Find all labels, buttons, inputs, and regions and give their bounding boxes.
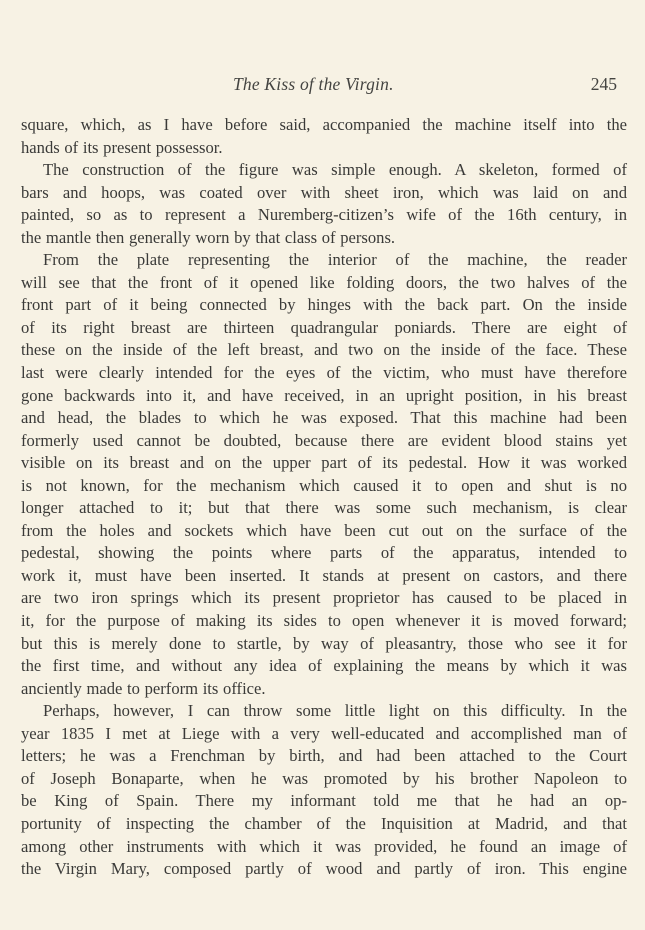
- text-line: pedestal, showing the points where parts…: [21, 542, 627, 565]
- text-line: from the holes and sockets which have be…: [21, 520, 627, 543]
- text-line: last were clearly intended for the eyes …: [21, 362, 627, 385]
- text-line: formerly used cannot be doubted, because…: [21, 430, 627, 453]
- text-line: year 1835 I met at Liege with a very wel…: [21, 723, 627, 746]
- running-head: The Kiss of the Virgin. 245: [20, 74, 627, 98]
- text-line: of its right breast are thirteen quadran…: [21, 317, 627, 340]
- text-line: bars and hoops, was coated over with she…: [21, 182, 627, 205]
- text-line: the Virgin Mary, composed partly of wood…: [21, 858, 627, 881]
- text-line: longer attached to it; but that there wa…: [21, 497, 627, 520]
- paragraph-start-line: From the plate representing the interior…: [21, 249, 627, 272]
- text-line: are two iron springs which its present p…: [21, 587, 627, 610]
- text-line: gone backwards into it, and have receive…: [21, 385, 627, 408]
- body-text: square, which, as I have before said, ac…: [21, 114, 627, 881]
- text-line: these on the inside of the left breast, …: [21, 339, 627, 362]
- text-line: be King of Spain. There my informant tol…: [21, 790, 627, 813]
- text-line: portunity of inspecting the chamber of t…: [21, 813, 627, 836]
- text-line: anciently made to perform its office.: [21, 678, 627, 701]
- text-line: the first time, and without any idea of …: [21, 655, 627, 678]
- text-line: square, which, as I have before said, ac…: [21, 114, 627, 137]
- text-line: front part of it being connected by hing…: [21, 294, 627, 317]
- text-line: of Joseph Bonaparte, when he was promote…: [21, 768, 627, 791]
- book-page: The Kiss of the Virgin. 245 square, whic…: [0, 0, 645, 930]
- running-title: The Kiss of the Virgin.: [233, 74, 394, 95]
- text-line: and head, the blades to which he was exp…: [21, 407, 627, 430]
- text-line: the mantle then generally worn by that c…: [21, 227, 627, 250]
- paragraph-start-line: Perhaps, however, I can throw some littl…: [21, 700, 627, 723]
- text-line: visible on its breast and on the upper p…: [21, 452, 627, 475]
- text-line: it, for the purpose of making its sides …: [21, 610, 627, 633]
- text-line: work it, must have been inserted. It sta…: [21, 565, 627, 588]
- text-line: painted, so as to represent a Nuremberg-…: [21, 204, 627, 227]
- text-line: is not known, for the mechanism which ca…: [21, 475, 627, 498]
- text-line: among other instruments with which it wa…: [21, 836, 627, 859]
- paragraph-start-line: The construction of the figure was simpl…: [21, 159, 627, 182]
- text-line: but this is merely done to startle, by w…: [21, 633, 627, 656]
- text-line: letters; he was a Frenchman by birth, an…: [21, 745, 627, 768]
- text-line: hands of its present possessor.: [21, 137, 627, 160]
- text-line: will see that the front of it opened lik…: [21, 272, 627, 295]
- page-number: 245: [591, 74, 617, 95]
